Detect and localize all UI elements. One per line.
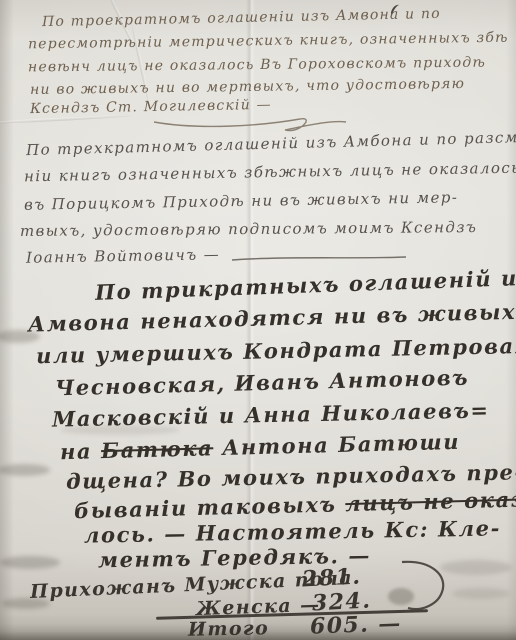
struck-word: Батюка (101, 435, 214, 463)
signature-voitovich: Іоаннъ Войтовичъ — (26, 245, 220, 266)
ink-smudge (452, 588, 510, 599)
line-text: на (60, 438, 102, 464)
ink-smudge (440, 560, 512, 575)
photo-bottom-shadow (0, 624, 516, 640)
ink-smudge (0, 556, 60, 569)
ink-smudge (0, 464, 50, 476)
signature-flourish (230, 252, 410, 266)
total-bracket-flourish (398, 558, 450, 624)
struck-words: лицъ не оказа- (345, 486, 516, 516)
